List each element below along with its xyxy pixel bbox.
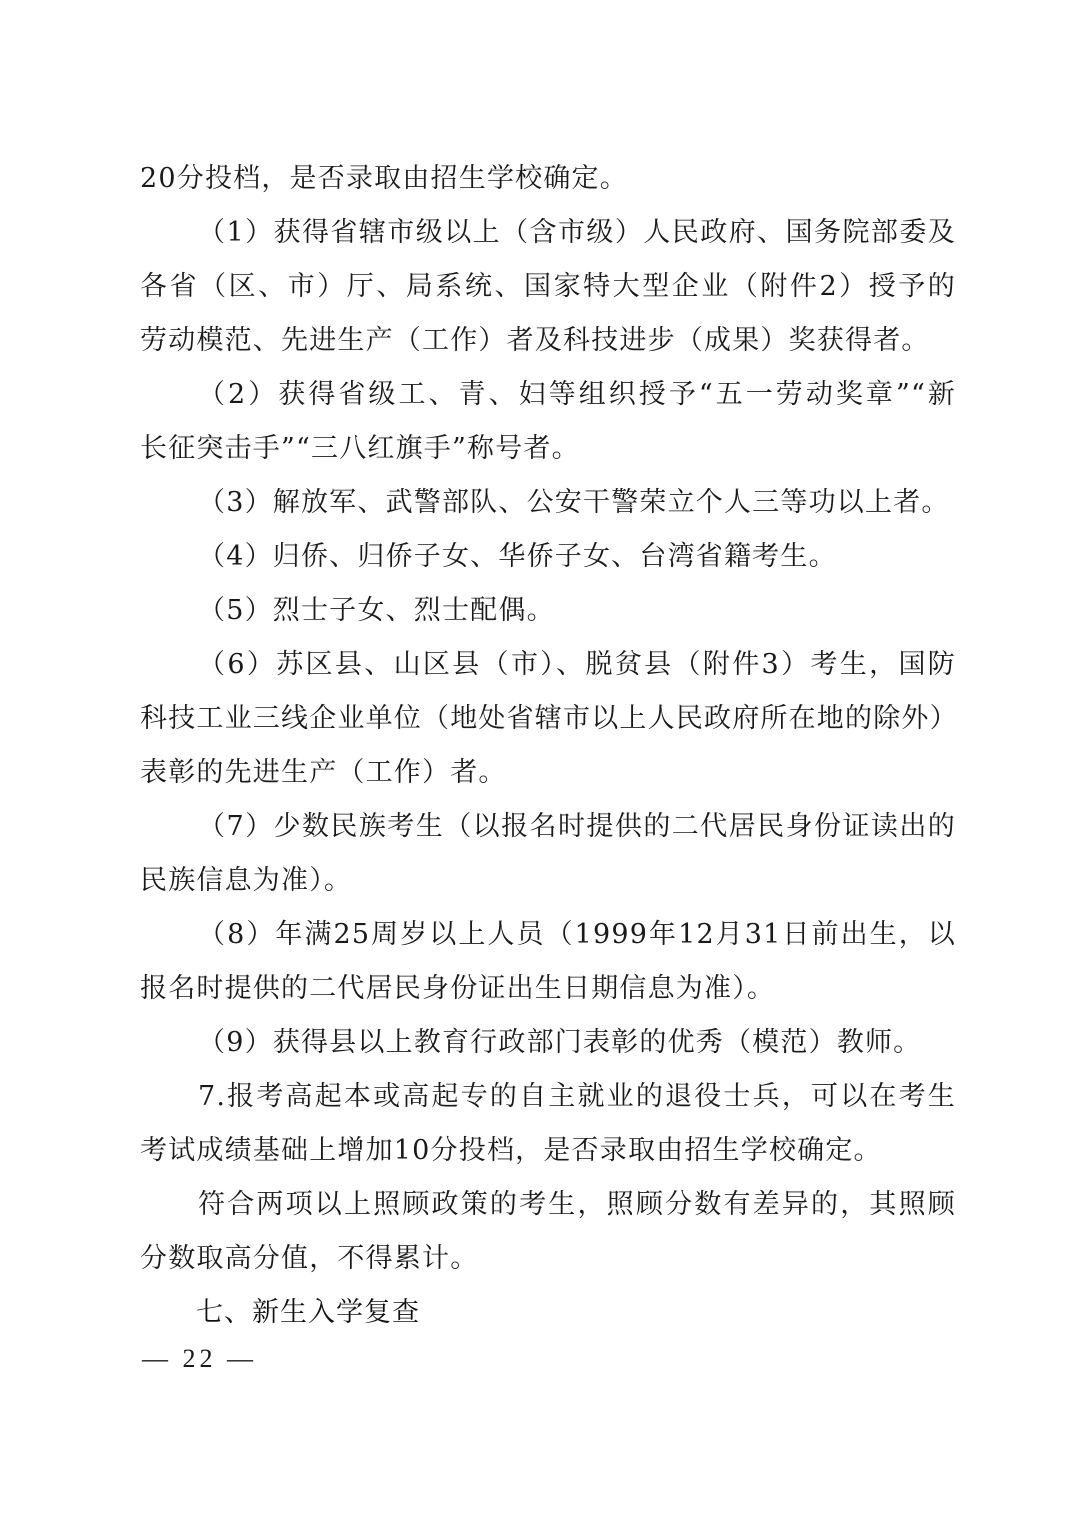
list-item-8-line: 报名时提供的二代居民身份证出生日期信息为准）。 (140, 962, 956, 1016)
section-heading: 七、新生入学复查 (140, 1286, 956, 1340)
list-item-8-line: （8）年满25周岁以上人员（1999年12月31日前出生，以 (140, 908, 956, 962)
document-page: 20分投档，是否录取由招生学校确定。 （1）获得省辖市级以上（含市级）人民政府、… (140, 152, 956, 1340)
paragraph-7-line: 7.报考高起本或高起专的自主就业的退役士兵，可以在考生 (140, 1070, 956, 1124)
page-number: — 22 — (142, 1344, 257, 1374)
paragraph-note-line: 分数取高分值，不得累计。 (140, 1232, 956, 1286)
list-item-6-line: 表彰的先进生产（工作）者。 (140, 746, 956, 800)
list-item-1-line: 各省（区、市）厅、局系统、国家特大型企业（附件2）授予的 (140, 260, 956, 314)
list-item-6-line: （6）苏区县、山区县（市）、脱贫县（附件3）考生，国防 (140, 638, 956, 692)
list-item-7-line: 民族信息为准）。 (140, 854, 956, 908)
list-item-6-line: 科技工业三线企业单位（地处省辖市以上人民政府所在地的除外） (140, 692, 956, 746)
list-item-9-line: （9）获得县以上教育行政部门表彰的优秀（模范）教师。 (140, 1016, 956, 1070)
list-item-2-line: （2）获得省级工、青、妇等组织授予“五一劳动奖章”“新 (140, 368, 956, 422)
list-item-4-line: （4）归侨、归侨子女、华侨子女、台湾省籍考生。 (140, 530, 956, 584)
list-item-1-line: （1）获得省辖市级以上（含市级）人民政府、国务院部委及 (140, 206, 956, 260)
list-item-7-line: （7）少数民族考生（以报名时提供的二代居民身份证读出的 (140, 800, 956, 854)
list-item-3-line: （3）解放军、武警部队、公安干警荣立个人三等功以上者。 (140, 476, 956, 530)
list-item-1-line: 劳动模范、先进生产（工作）者及科技进步（成果）奖获得者。 (140, 314, 956, 368)
paragraph-line: 20分投档，是否录取由招生学校确定。 (140, 152, 956, 206)
list-item-5-line: （5）烈士子女、烈士配偶。 (140, 584, 956, 638)
paragraph-7-line: 考试成绩基础上增加10分投档，是否录取由招生学校确定。 (140, 1124, 956, 1178)
paragraph-note-line: 符合两项以上照顾政策的考生，照顾分数有差异的，其照顾 (140, 1178, 956, 1232)
list-item-2-line: 长征突击手”“三八红旗手”称号者。 (140, 422, 956, 476)
